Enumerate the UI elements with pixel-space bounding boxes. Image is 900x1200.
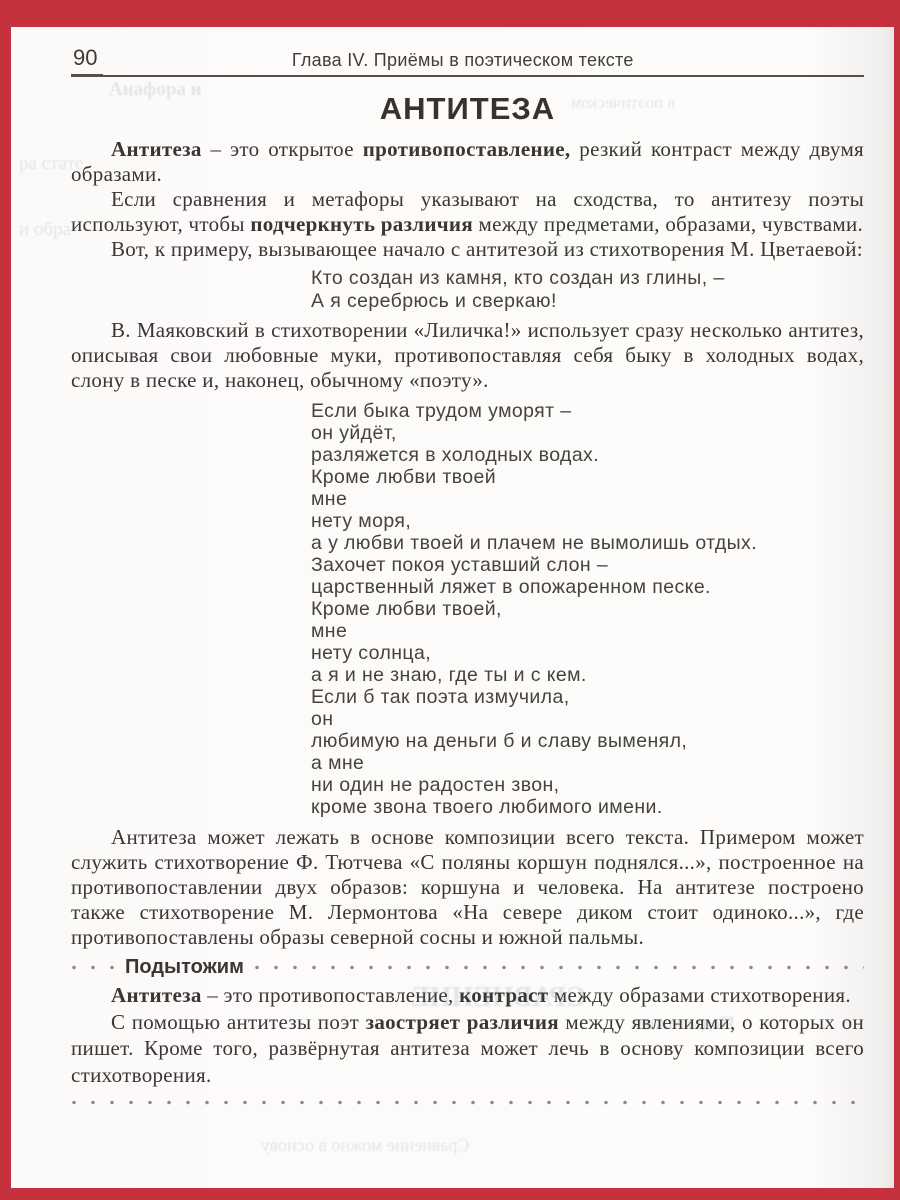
text-run: заостряет различия [366, 1010, 559, 1034]
verse-mayakovsky: Если быка трудом уморят –он уйдёт,разляж… [311, 400, 864, 818]
verse-line: нету моря, [311, 510, 864, 532]
verse-line: а у любви твоей и плачем не вымолишь отд… [311, 532, 864, 554]
text-run: Вот, к примеру, вызывающее начало с анти… [111, 237, 863, 261]
verse-line: ни один не радостен звон, [311, 774, 864, 796]
verse-line: а я и не знаю, где ты и с кем. [311, 664, 864, 686]
text-run: контраст [459, 983, 548, 1007]
verse-line: Захочет покоя уставший слон – [311, 554, 864, 576]
text-run: – это открытое [202, 137, 363, 161]
paragraph-mayakovsky: В. Маяковский в стихотворении «Лиличка!»… [71, 318, 864, 393]
bleed-through-text: Сравнение можно в основу [261, 1135, 469, 1156]
text-run: Антитеза может лежать в основе композици… [71, 825, 864, 949]
verse-line: кроме звона твоего любимого имени. [311, 796, 864, 818]
dotted-line-left [71, 964, 117, 971]
verse-line: Кроме любви твоей, [311, 598, 864, 620]
photographed-book-page: { "page": { "number": "90", "chapter_hea… [0, 0, 900, 1200]
verse-line: Если быка трудом уморят – [311, 400, 864, 422]
text-run: подчеркнуть различия [250, 212, 473, 236]
summary-paragraph-definition: Антитеза – это противопоставление, контр… [71, 982, 864, 1009]
text-run: – это противопоставление, [202, 983, 460, 1007]
verse-line: А я серебрюсь и сверкаю! [311, 290, 864, 313]
verse-line: мне [311, 620, 864, 642]
text-run: Антитеза [111, 137, 202, 161]
dotted-line-right [254, 964, 864, 971]
verse-line: царственный ляжет в опожаренном песке. [311, 576, 864, 598]
page-number: 90 [71, 47, 103, 76]
text-run: Антитеза [111, 983, 202, 1007]
bleed-through-text: и обра [19, 219, 71, 241]
verse-line: Кроме любви твоей [311, 466, 864, 488]
page-content: 90 Глава IV. Приёмы в поэтическом тексте… [71, 47, 864, 1106]
text-run: В. Маяковский в стихотворении «Лиличка!»… [71, 318, 864, 392]
text-run: между предметами, образами, чувствами. [473, 212, 863, 236]
book-page: Анафора ира статеи обрав поэтическомСРАВ… [11, 27, 894, 1188]
verse-line: а мне [311, 752, 864, 774]
verse-line: мне [311, 488, 864, 510]
verse-line: Если б так поэта измучила, [311, 686, 864, 708]
text-run: между образами стихотворения. [548, 983, 851, 1007]
verse-line: разляжется в холодных водах. [311, 444, 864, 466]
summary-label: Подытожим [125, 956, 244, 978]
page-header: 90 Глава IV. Приёмы в поэтическом тексте [71, 47, 864, 77]
verse-line: нету солнца, [311, 642, 864, 664]
text-run: противопоставление, [363, 137, 571, 161]
verse-line: он [311, 708, 864, 730]
verse-tsvetaeva: Кто создан из камня, кто создан из глины… [311, 267, 864, 313]
summary-section: Подытожим Антитеза – это противопоставле… [71, 956, 864, 1106]
paragraph-composition: Антитеза может лежать в основе композици… [71, 825, 864, 950]
summary-paragraph-usage: С помощью антитезы поэт заостряет различ… [71, 1009, 864, 1089]
verse-line: любимую на деньги б и славу выменял, [311, 730, 864, 752]
verse-line: Кто создан из камня, кто создан из глины… [311, 267, 864, 290]
summary-header: Подытожим [71, 956, 864, 978]
paragraph-example-intro: Вот, к примеру, вызывающее начало с анти… [71, 237, 864, 262]
chapter-header: Глава IV. Приёмы в поэтическом тексте [103, 51, 822, 69]
verse-line: он уйдёт, [311, 422, 864, 444]
dotted-line-bottom [71, 1099, 864, 1106]
paragraph-comparisons-vs-antithesis: Если сравнения и метафоры указывают на с… [71, 187, 864, 237]
paragraph-definition: Антитеза – это открытое противопоставлен… [71, 137, 864, 187]
text-run: С помощью антитезы поэт [111, 1010, 366, 1034]
page-title: АНТИТЕЗА [71, 91, 864, 127]
